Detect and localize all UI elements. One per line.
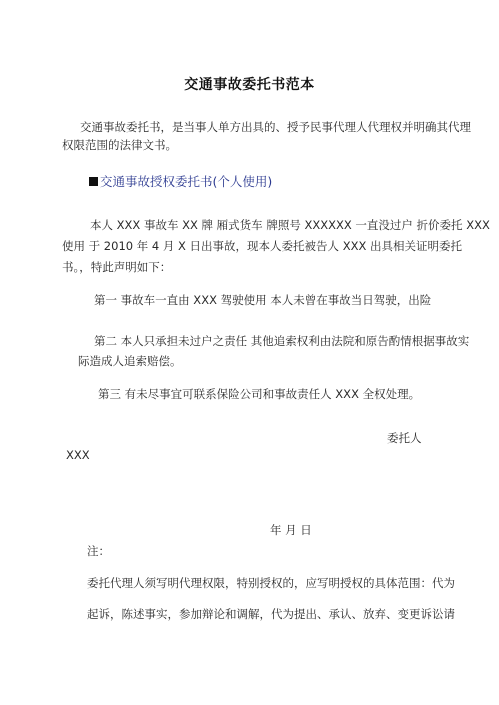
statement-line-2: 使用 于 2010 年 4 月 X 日出事故，现本人委托被告人 XXX 出具相关… bbox=[62, 235, 462, 257]
note-line-1: 委托代理人须写明代理权限，特别授权的，应写明授权的具体范围：代为 bbox=[87, 572, 455, 594]
clause-3: 第三 有未尽事宜可联系保险公司和事故责任人 XXX 全权处理。 bbox=[98, 383, 420, 405]
note-label: 注： bbox=[87, 540, 110, 562]
note-line-2: 起诉，陈述事实，参加辩论和调解，代为提出、承认、放弃、变更诉讼请 bbox=[87, 603, 455, 625]
section-heading-text: 交通事故授权委托书(个人使用) bbox=[100, 174, 272, 189]
statement-line-3: 书。，特此声明如下： bbox=[62, 256, 171, 278]
signature-name: XXX bbox=[66, 444, 90, 466]
document-title: 交通事故委托书范本 bbox=[0, 74, 499, 94]
black-square-bullet-icon bbox=[89, 177, 98, 186]
signature-label: 委托人 bbox=[387, 427, 422, 449]
clause-1: 第一 事故车一直由 XXX 驾驶使用 本人未曾在事故当日驾驶，出险 bbox=[94, 289, 431, 311]
section-heading: 交通事故授权委托书(个人使用) bbox=[89, 172, 272, 190]
statement-line-1: 本人 XXX 事故车 XX 牌 厢式货车 牌照号 XXXXXX 一直没过户 折价… bbox=[90, 214, 490, 236]
signature-date: 年 月 日 bbox=[270, 519, 312, 541]
clause-2-line-1: 第二 本人只承担未过户之责任 其他追索权利由法院和原告酌情根据事故实 bbox=[94, 330, 469, 352]
intro-line-2: 权限范围的法律文书。 bbox=[62, 134, 177, 156]
clause-2-line-2: 际造成人追索赔偿。 bbox=[78, 350, 182, 372]
